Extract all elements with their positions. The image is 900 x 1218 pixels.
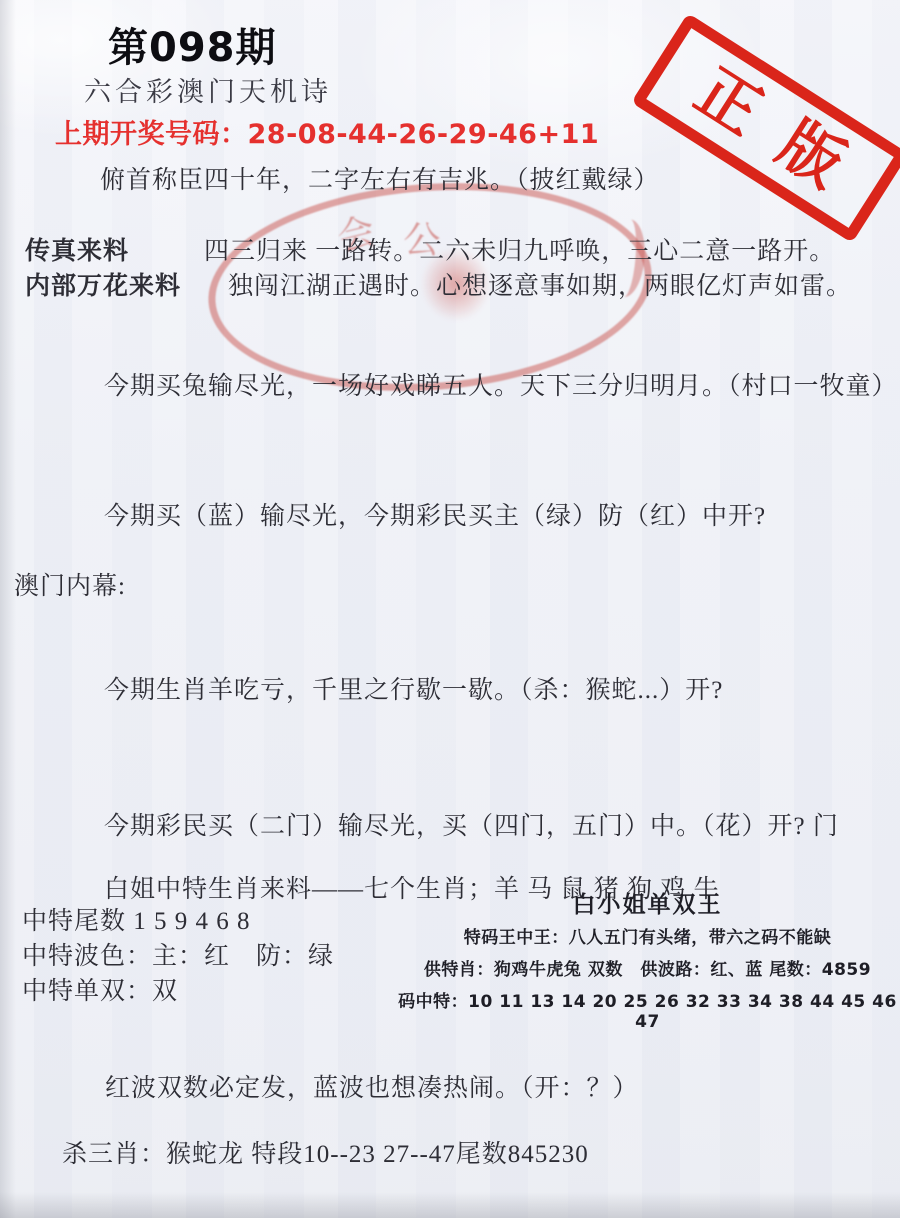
zodiac-tip-line: 今期生肖羊吃亏，千里之行歇一歇。（杀：猴蛇...）开? <box>104 670 723 706</box>
door-tip-line: 今期彩民买（二门）输尽光，买（四门，五门）中。（花）开? 门 <box>104 806 839 842</box>
baixiaojie-title: 白小姐单双王 <box>395 886 900 919</box>
baixiaojie-line-3: 码中特：10 11 13 14 20 25 26 32 33 34 38 44 … <box>395 987 900 1032</box>
baixiaojie-block: 白小姐单双王 特码王中王：八人五门有头绪，带六之码不能缺 供特肖：狗鸡牛虎兔 双… <box>395 886 900 1039</box>
verse-line-1: 俯首称臣四十年，二字左右有吉兆。（披红戴绿） <box>100 160 660 196</box>
rabbit-tip-line: 今期买兔输尽光，一场好戏睇五人。天下三分归明月。（村口一牧童） <box>104 366 898 402</box>
sheet-subtitle: 六合彩澳门天机诗 <box>84 70 332 109</box>
genuine-stamp: 正 版 <box>631 13 900 243</box>
special-tail-line: 中特尾数 1 5 9 4 6 8 <box>22 901 251 937</box>
last-draw-numbers: 上期开奖号码：28-08-44-26-29-46+11 <box>55 112 599 151</box>
corner-tint <box>750 1128 900 1218</box>
issue-title: 第098期 <box>108 16 277 73</box>
color-tip-line: 今期买（蓝）输尽光，今期彩民买主（绿）防（红）中开? <box>104 496 766 532</box>
left-edge-shadow <box>0 0 16 1218</box>
lottery-sheet: 会 公 正 版 第098期 六合彩澳门天机诗 上期开奖号码：28-08-44-2… <box>0 0 900 1218</box>
baixiaojie-line-1: 特码王中王：八人五门有头绪，带六之码不能缺 <box>395 923 900 948</box>
internal-source-label: 内部万花来料 <box>25 266 181 302</box>
macau-insider-label: 澳门内幕: <box>14 566 126 602</box>
special-wave-line: 中特波色：主：红 防：绿 <box>22 936 334 972</box>
stamp-char-ban: 版 <box>763 102 860 206</box>
special-parity-line: 中特单双：双 <box>22 971 178 1007</box>
fax-source-text: 四三归来 一路转。二六未归九呼唤，三心二意一路开。 <box>204 231 835 267</box>
stamp-char-zheng: 正 <box>680 50 777 154</box>
bottom-edge-shadow <box>0 1192 900 1218</box>
internal-source-text: 独闯江湖正遇时。心想逐意事如期，两眼亿灯声如雷。 <box>228 266 852 302</box>
kill-three-zodiac-line: 杀三肖：猴蛇龙 特段10--23 27--47尾数845230 <box>62 1134 589 1170</box>
baixiaojie-line-2: 供特肖：狗鸡牛虎兔 双数 供波路：红、蓝 尾数：4859 <box>395 955 900 980</box>
fax-source-label: 传真来料 <box>25 231 129 267</box>
red-wave-line: 红波双数必定发，蓝波也想凑热闹。（开：？） <box>105 1068 639 1104</box>
